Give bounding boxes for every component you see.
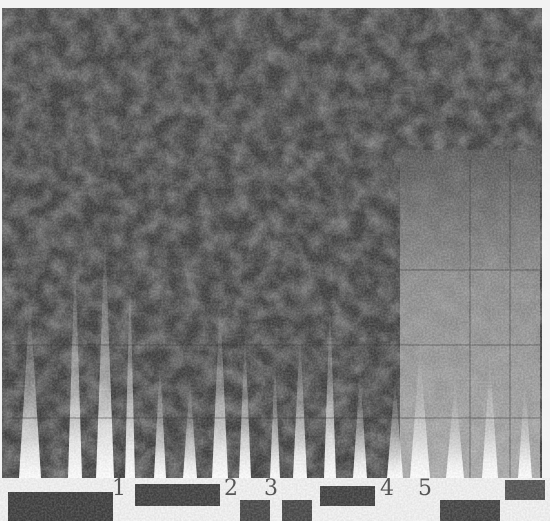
marker-2: 2 — [224, 478, 238, 500]
marker-3: 3 — [264, 478, 278, 500]
halftone-photograph — [0, 0, 550, 521]
marker-4: 4 — [380, 478, 394, 500]
marker-1: 1 — [112, 478, 126, 500]
marker-5: 5 — [418, 478, 432, 500]
